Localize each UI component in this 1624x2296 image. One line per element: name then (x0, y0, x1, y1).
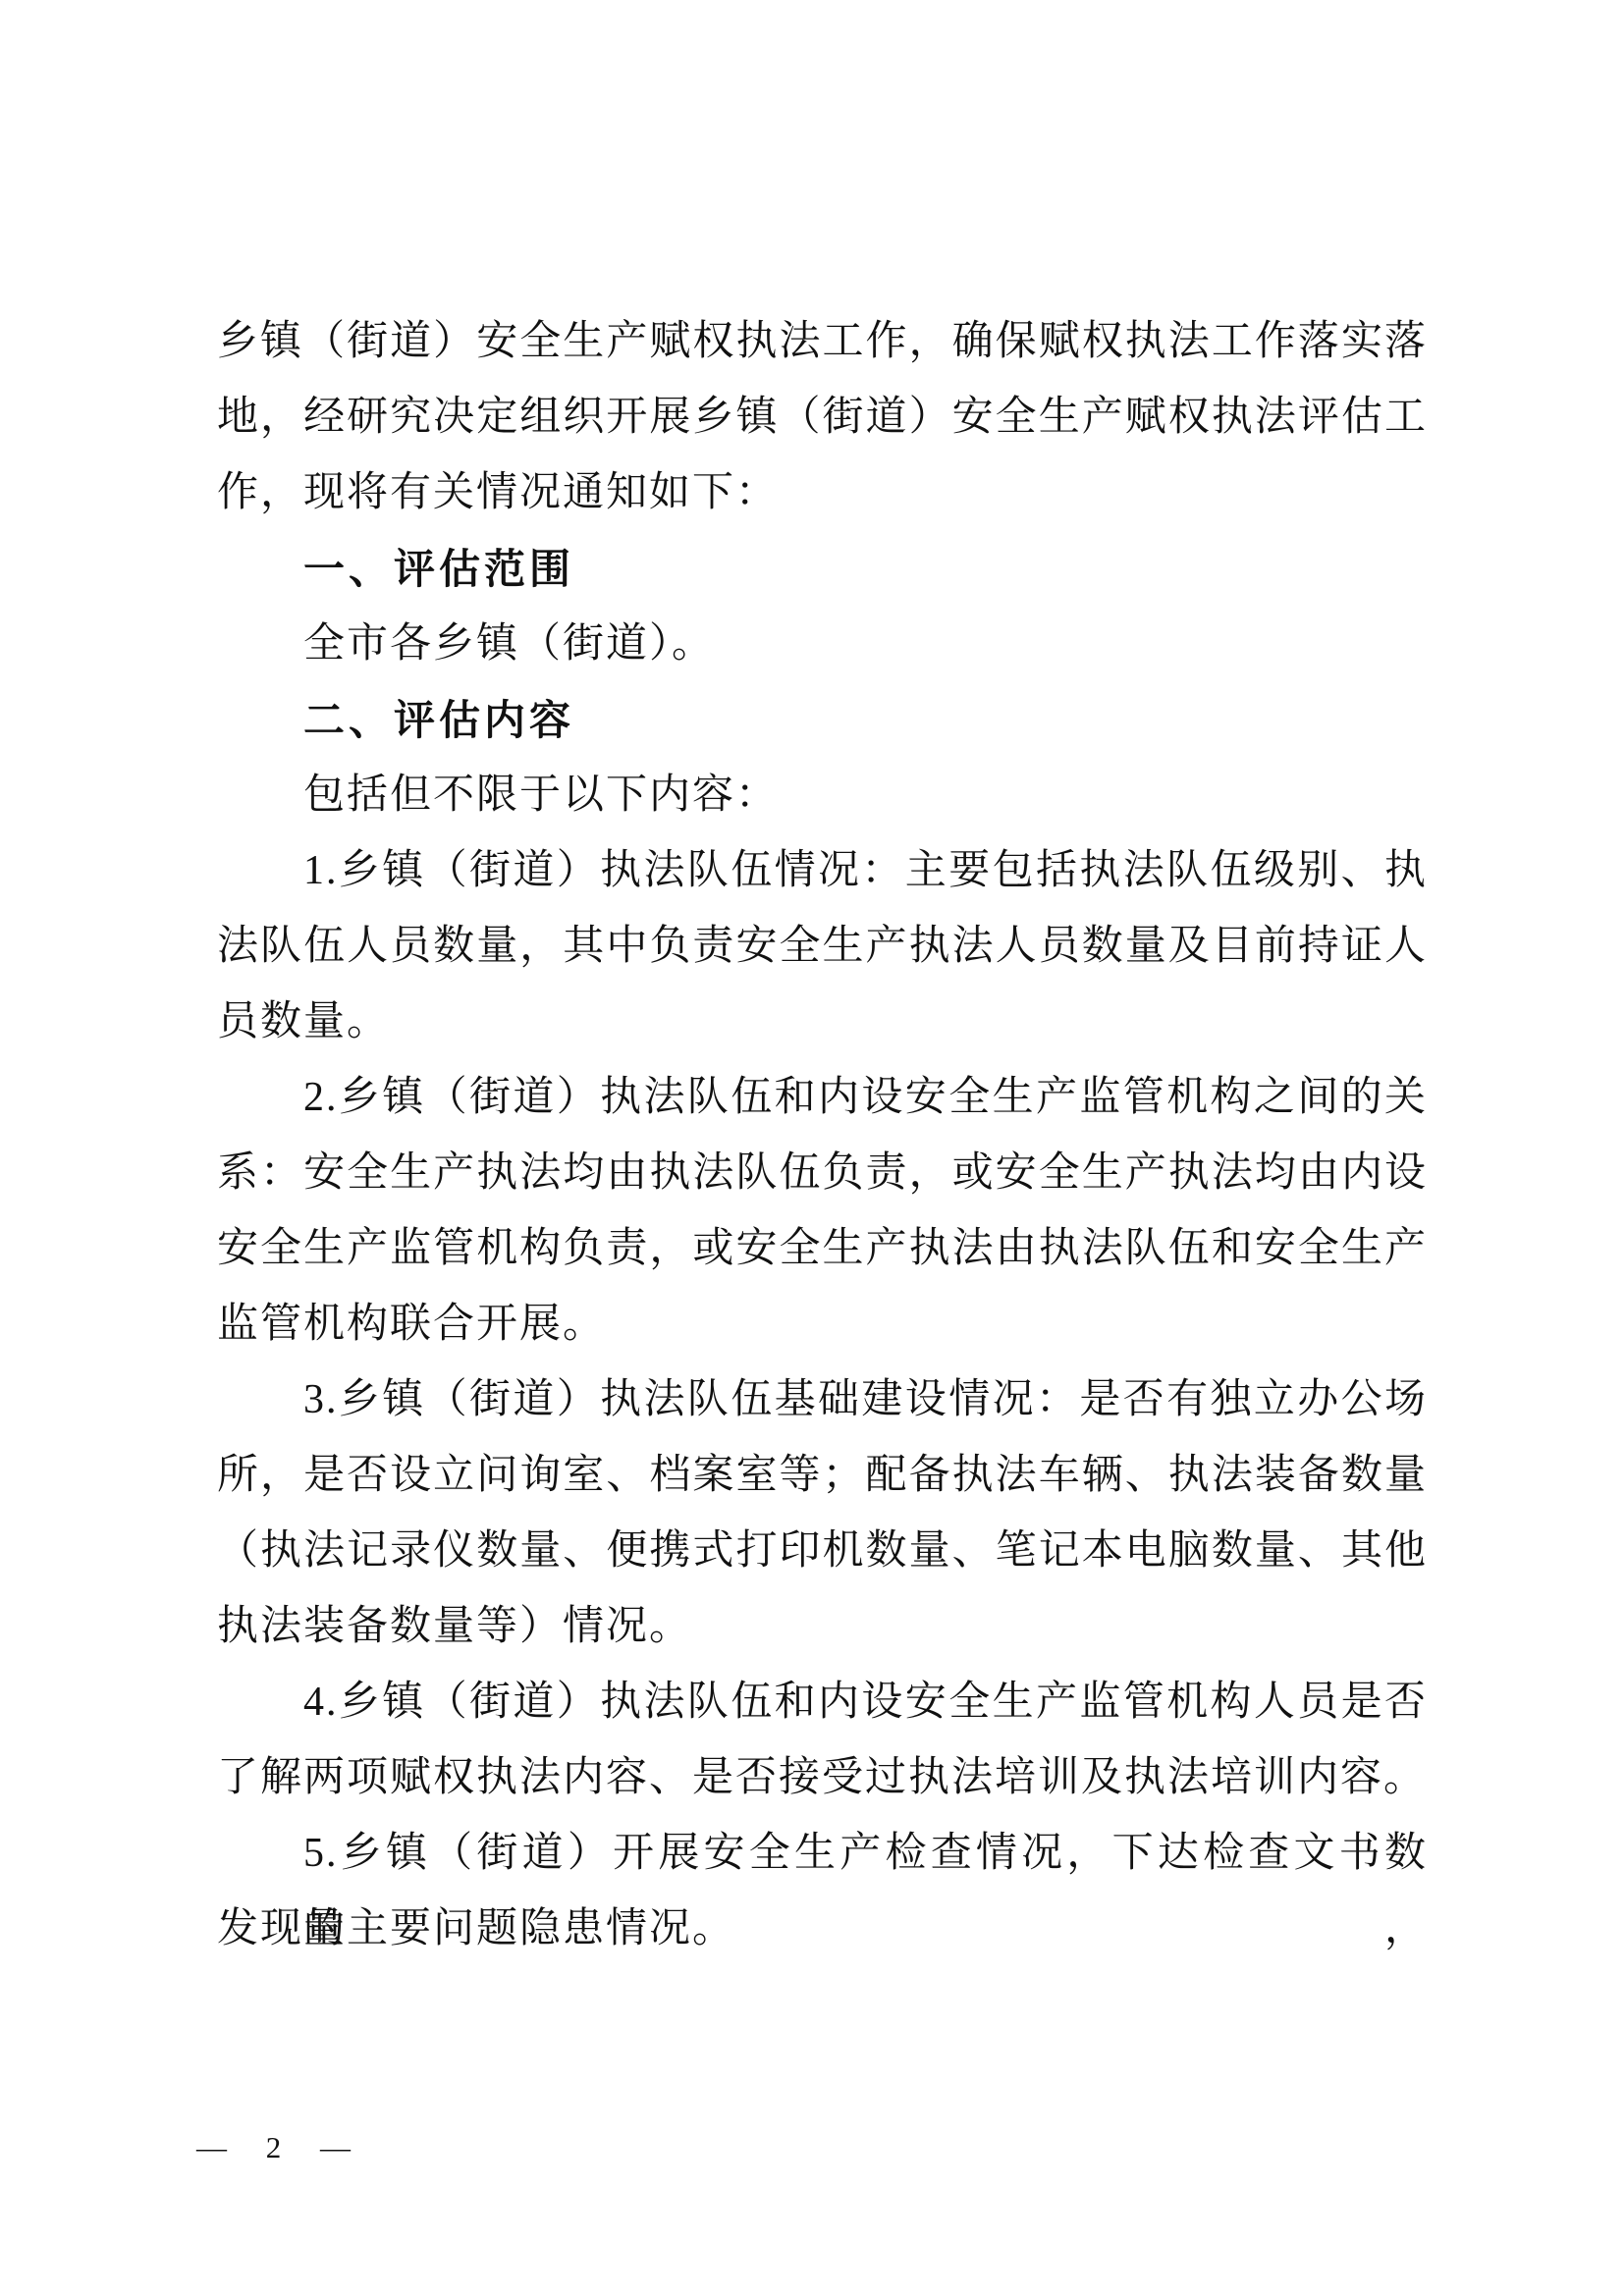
text-line: 地，经研究决定组织开展乡镇（街道）安全生产赋权执法评估工 (217, 380, 1428, 455)
text-line: 包括但不限于以下内容： (217, 758, 1428, 833)
text-line: 3.乡镇（街道）执法队伍基础建设情况：是否有独立办公场 (217, 1362, 1428, 1438)
heading-line: 二、评估内容 (217, 682, 1428, 758)
text-line: 所，是否设立问询室、档案室等；配备执法车辆、执法装备数量 (217, 1438, 1428, 1514)
heading-line: 一、评估范围 (217, 531, 1428, 607)
text-line: 作，现将有关情况通知如下： (217, 455, 1428, 531)
text-line: 乡镇（街道）安全生产赋权执法工作，确保赋权执法工作落实落 (217, 304, 1428, 380)
text-line: （执法记录仪数量、便携式打印机数量、笔记本电脑数量、其他 (217, 1514, 1428, 1589)
text-line: 安全生产监管机构负责，或安全生产执法由执法队伍和安全生产 (217, 1211, 1428, 1287)
text-line: 系：安全生产执法均由执法队伍负责，或安全生产执法均由内设 (217, 1136, 1428, 1211)
text-line: 5.乡镇（街道）开展安全生产检查情况，下达检查文书数量， (217, 1816, 1428, 1892)
text-line: 员数量。 (217, 985, 1428, 1060)
page-number: — 2 — (196, 2128, 360, 2167)
text-line: 执法装备数量等）情况。 (217, 1589, 1428, 1665)
text-line: 了解两项赋权执法内容、是否接受过执法培训及执法培训内容。 (217, 1740, 1428, 1816)
text-line: 法队伍人员数量，其中负责安全生产执法人员数量及目前持证人 (217, 909, 1428, 985)
text-line: 全市各乡镇（街道）。 (217, 607, 1428, 682)
document-page: 乡镇（街道）安全生产赋权执法工作，确保赋权执法工作落实落地，经研究决定组织开展乡… (0, 0, 1624, 2296)
text-line: 2.乡镇（街道）执法队伍和内设安全生产监管机构之间的关 (217, 1060, 1428, 1136)
text-line: 1.乡镇（街道）执法队伍情况：主要包括执法队伍级别、执 (217, 833, 1428, 909)
text-line: 监管机构联合开展。 (217, 1287, 1428, 1362)
document-body: 乡镇（街道）安全生产赋权执法工作，确保赋权执法工作落实落地，经研究决定组织开展乡… (217, 304, 1428, 1967)
text-line: 4.乡镇（街道）执法队伍和内设安全生产监管机构人员是否 (217, 1665, 1428, 1740)
